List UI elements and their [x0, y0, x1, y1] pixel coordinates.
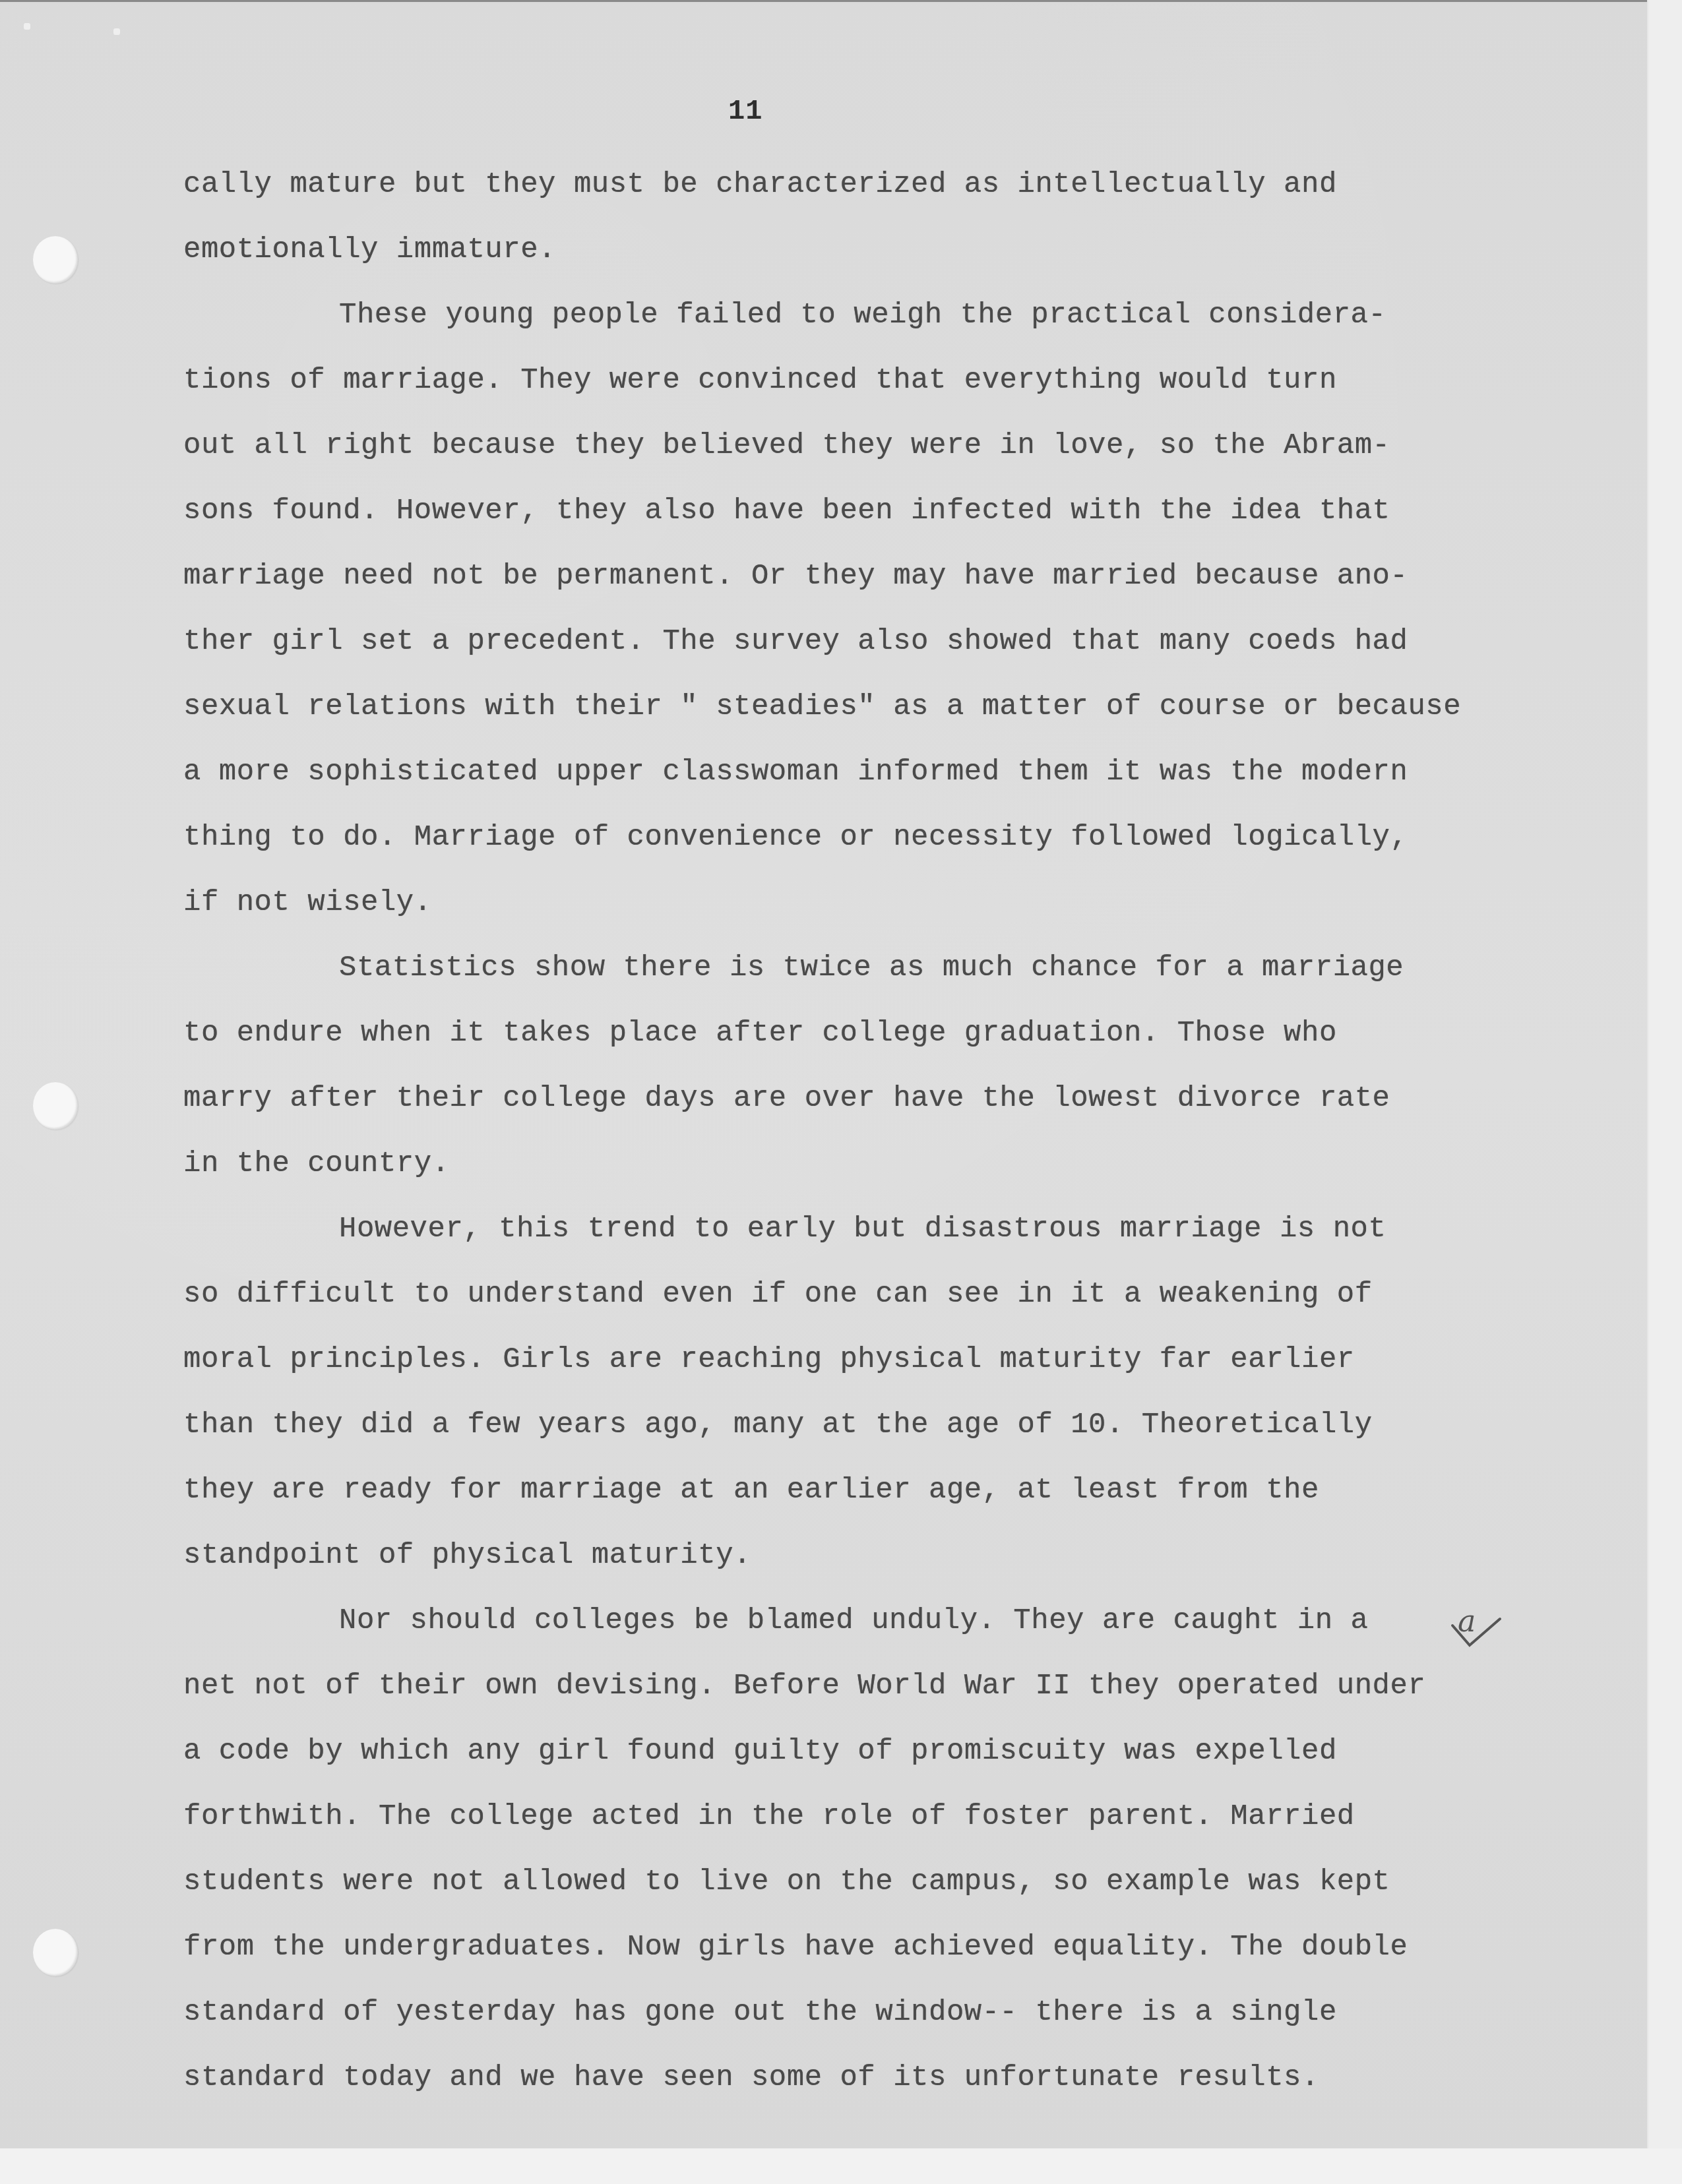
paragraph-trend: However, this trend to early but disastr…	[183, 1197, 1621, 1589]
punch-hole-top	[33, 236, 78, 284]
text-line: cally mature but they must be characteri…	[183, 152, 1621, 218]
punch-hole-bottom	[33, 1929, 78, 1976]
scan-margin-bottom	[0, 2148, 1682, 2184]
scanned-page: 11 cally mature but they must be charact…	[0, 0, 1647, 2150]
text-line: forthwith. The college acted in the role…	[183, 1784, 1621, 1850]
paragraph-colleges: Nor should colleges be blamed unduly. Th…	[183, 1589, 1621, 2111]
text-line: These young people failed to weigh the p…	[183, 283, 1621, 348]
text-line: net not of their own devising. Before Wo…	[183, 1654, 1621, 1719]
typed-body-text: cally mature but they must be characteri…	[183, 152, 1621, 2111]
text-line: than they did a few years ago, many at t…	[183, 1393, 1621, 1458]
text-line: if not wisely.	[183, 870, 1621, 936]
punch-hole-middle	[33, 1082, 78, 1130]
page-number: 11	[728, 96, 763, 127]
text-line: However, this trend to early but disastr…	[183, 1197, 1621, 1262]
text-line: they are ready for marriage at an earlie…	[183, 1458, 1621, 1523]
text-line: from the undergraduates. Now girls have …	[183, 1915, 1621, 1980]
text-line: Nor should colleges be blamed unduly. Th…	[183, 1589, 1621, 1654]
text-line: standard of yesterday has gone out the w…	[183, 1980, 1621, 2046]
text-line: marriage need not be permanent. Or they …	[183, 544, 1621, 609]
text-line: moral principles. Girls are reaching phy…	[183, 1327, 1621, 1393]
text-line: in the country.	[183, 1132, 1621, 1197]
scan-margin-right	[1647, 0, 1682, 2184]
text-line: a more sophisticated upper classwoman in…	[183, 740, 1621, 805]
paragraph-continuation: cally mature but they must be characteri…	[183, 152, 1621, 283]
text-line: emotionally immature.	[183, 218, 1621, 283]
paragraph-statistics: Statistics show there is twice as much c…	[183, 936, 1621, 1197]
text-line: to endure when it takes place after coll…	[183, 1001, 1621, 1066]
paragraph-practical-considerations: These young people failed to weigh the p…	[183, 283, 1621, 936]
text-line: standard today and we have seen some of …	[183, 2046, 1621, 2111]
text-line: out all right because they believed they…	[183, 413, 1621, 479]
text-line: tions of marriage. They were convinced t…	[183, 348, 1621, 413]
correction-check-mark-icon	[1450, 1616, 1503, 1656]
text-line: Statistics show there is twice as much c…	[183, 936, 1621, 1001]
paper-speck	[24, 23, 30, 30]
text-line: standpoint of physical maturity.	[183, 1523, 1621, 1589]
paper-speck	[113, 28, 120, 35]
text-line: sons found. However, they also have been…	[183, 479, 1621, 544]
text-line: students were not allowed to live on the…	[183, 1850, 1621, 1915]
text-line: a code by which any girl found guilty of…	[183, 1719, 1621, 1784]
text-line: so difficult to understand even if one c…	[183, 1262, 1621, 1327]
text-line: ther girl set a precedent. The survey al…	[183, 609, 1621, 675]
text-line: thing to do. Marriage of convenience or …	[183, 805, 1621, 870]
text-line: marry after their college days are over …	[183, 1066, 1621, 1132]
text-line: sexual relations with their " steadies" …	[183, 675, 1621, 740]
